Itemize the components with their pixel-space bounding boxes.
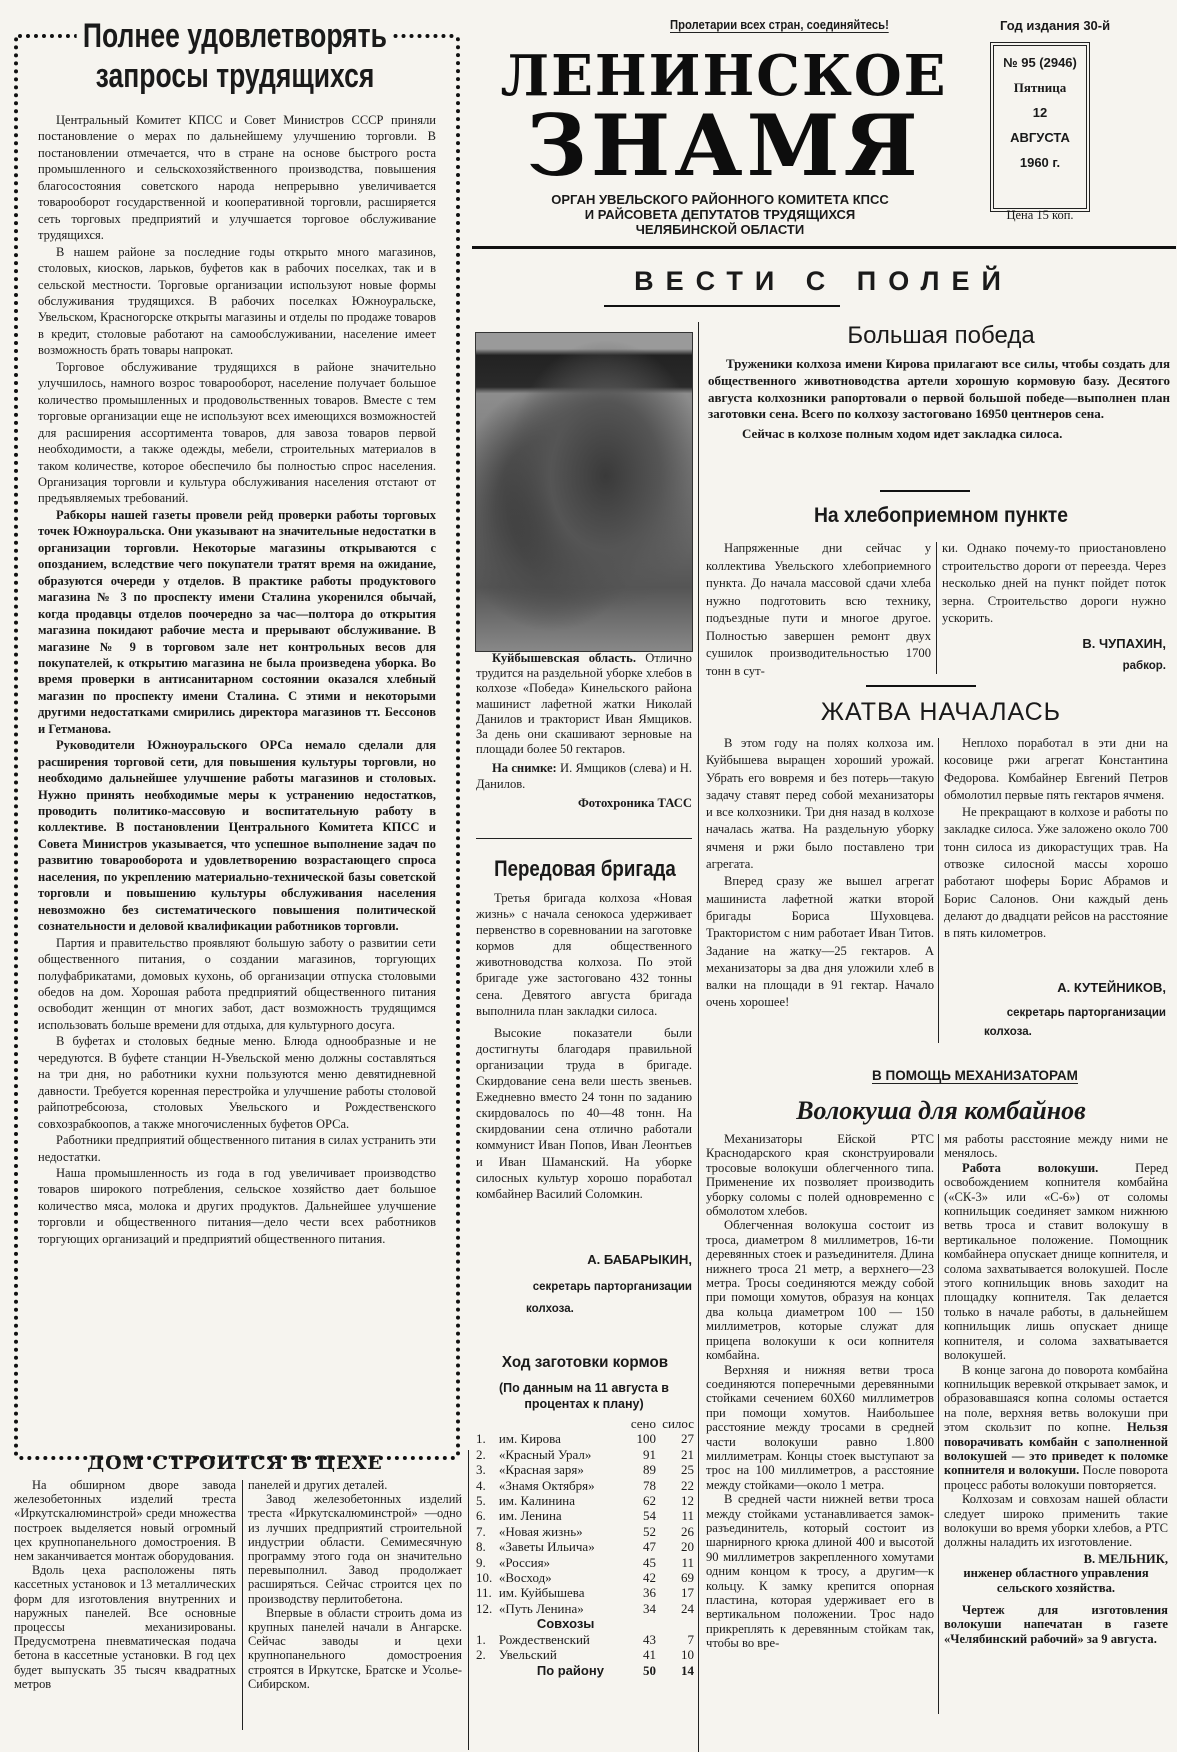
editorial-paragraph: Партия и правительство проявляют большую… [38, 935, 436, 1034]
masthead-rule [472, 246, 1176, 249]
feed-table-header: сено силос [474, 1416, 696, 1431]
harvest-paragraph: Не прекращают в колхозе и работы по закл… [944, 804, 1168, 942]
editorial-paragraph: Работники предприятий общественного пита… [38, 1132, 436, 1165]
editorial-paragraph: Руководители Южноуральского ОРСа немало … [38, 737, 436, 934]
article-divider [866, 685, 976, 687]
col-hay: сено [620, 1416, 658, 1431]
table-row: 12.«Путь Ленина»3424 [474, 1601, 696, 1616]
drag-paragraph: В конце загона до поворота комбайна копн… [944, 1363, 1168, 1493]
column-divider [938, 738, 939, 1043]
victory-paragraph: Труженики колхоза имени Кирова прилагают… [708, 356, 1170, 423]
editorial-body: Центральный Комитет КПСС и Совет Министр… [38, 112, 436, 1247]
harvest-col2: Неплохо поработал в эти дни на косовице … [944, 735, 1168, 943]
issue-price: Цена 15 коп. [990, 208, 1090, 223]
feed-table-title: Ход заготовки кормов [478, 1354, 693, 1372]
masthead-subtitle-line: ОРГАН УВЕЛЬСКОГО РАЙОННОГО КОМИТЕТА КПСС [490, 192, 950, 207]
harvest-paragraph: В этом году на полях колхоза им. Куйбыше… [706, 735, 934, 873]
section-rule [604, 305, 840, 307]
house-paragraph: Вдоль цеха расположены пять кассетных ус… [14, 1563, 236, 1691]
table-row: 11.им. Куйбышева3617 [474, 1585, 696, 1600]
editorial-title-line2: запросы трудящихся [67, 56, 402, 96]
grain-point-title: На хлебоприемном пункте [725, 504, 1157, 528]
table-row: 1.им. Кирова10027 [474, 1431, 696, 1446]
house-paragraph: Завод железобетонных изделий треста «Ирк… [248, 1492, 462, 1606]
drag-rubric: В ПОМОЩЬ МЕХАНИЗАТОРАМ [872, 1068, 1078, 1084]
drag-paragraph: Работа волокуши. Перед освобождением коп… [944, 1161, 1168, 1363]
brigade-paragraph: Высокие показатели были достигнуты благо… [476, 1025, 692, 1202]
house-paragraph: Впервые в области строить дома из крупны… [248, 1606, 462, 1691]
drag-col2: мя работы расстояние между ними не менял… [944, 1132, 1168, 1646]
table-row: 9.«Россия»4511 [474, 1555, 696, 1570]
column-divider [938, 1134, 939, 1714]
table-row: 7.«Новая жизнь»5226 [474, 1524, 696, 1539]
editorial-paragraph: Центральный Комитет КПСС и Совет Министр… [38, 112, 436, 244]
table-row: 8.«Заветы Ильича»4720 [474, 1539, 696, 1554]
drag-paragraph: Механизаторы Ейской РТС Краснодарского к… [706, 1132, 934, 1218]
masthead-subtitle-line: ЧЕЛЯБИНСКОЙ ОБЛАСТИ [490, 222, 950, 237]
issue-box: № 95 (2946) Пятница 12 АВГУСТА 1960 г. [990, 42, 1090, 212]
issue-month: АВГУСТА [994, 125, 1086, 150]
editorial-paragraph: Рабкоры нашей газеты провели рейд провер… [38, 507, 436, 737]
brigade-title: Передовая бригада [489, 856, 681, 882]
house-col1: На обширном дворе завода железобетонных … [14, 1478, 236, 1691]
house-paragraph: панелей и других деталей. [248, 1478, 462, 1492]
col-silage: силос [658, 1416, 696, 1431]
table-row: 4.«Знамя Октября»7822 [474, 1478, 696, 1493]
brigade-author-role: секретарь парторганизации колхоза. [476, 1276, 692, 1320]
issue-year: 1960 г. [994, 150, 1086, 175]
drag-paragraph: В средней части нижней ветви троса между… [706, 1492, 934, 1650]
drag-author-role: инженер областного управления сельского … [944, 1566, 1168, 1595]
table-row: 3.«Красная заря»8925 [474, 1462, 696, 1477]
house-paragraph: На обширном дворе завода железобетонных … [14, 1478, 236, 1563]
grain-point-author-role: рабкор. [942, 660, 1166, 672]
table-row: 5.им. Калинина6212 [474, 1493, 696, 1508]
photo-caption-text: Отлично трудится на раздельной уборке хл… [476, 651, 692, 756]
house-title: ДОМ СТРОИТСЯ В ЦЕХЕ [20, 1452, 450, 1474]
issue-number: № 95 (2946) [994, 50, 1086, 75]
photo-caption-lead: Куйбышевская область. [492, 651, 636, 665]
column-divider [698, 322, 699, 1752]
feed-table-total-row: По району5014 [474, 1663, 696, 1678]
victory-body: Труженики колхоза имени Кирова прилагают… [708, 356, 1170, 443]
drag-paragraph: Колхозам и совхозам нашей области следуе… [944, 1492, 1168, 1550]
drag-author: В. МЕЛЬНИК, [944, 1552, 1168, 1566]
masthead-subtitle: ОРГАН УВЕЛЬСКОГО РАЙОННОГО КОМИТЕТА КПСС… [490, 192, 950, 237]
masthead-subtitle-line: И РАЙСОВЕТА ДЕПУТАТОВ ТРУДЯЩИХСЯ [490, 207, 950, 222]
grain-point-author: В. ЧУПАХИН, [942, 636, 1166, 651]
editorial-paragraph: В буфетах и столовых бедные меню. Блюда … [38, 1033, 436, 1132]
news-photo [475, 332, 693, 652]
photo-caption: Куйбышевская область. Отлично трудится н… [476, 651, 692, 811]
harvest-paragraph: Вперед сразу же вышел агрегат машиниста … [706, 873, 934, 1011]
feed-table: сено силос 1.им. Кирова10027 2.«Красный … [474, 1416, 696, 1678]
table-row: 2.Увельский4110 [474, 1647, 696, 1662]
editorial-paragraph: Наша промышленность из года в год увелич… [38, 1165, 436, 1247]
victory-paragraph: Сейчас в колхозе полным ходом идет закла… [708, 426, 1170, 443]
column-divider [242, 1480, 243, 1730]
star-divider [476, 838, 692, 849]
grain-point-col2: ки. Однако почему-то приостановлено стро… [942, 540, 1166, 628]
harvest-paragraph: Неплохо поработал в эти дни на косовице … [944, 735, 1168, 804]
photo-on-photo-lead: На снимке: [492, 761, 557, 775]
section-title: ВЕСТИ С ПОЛЕЙ [470, 266, 1177, 297]
drag-paragraph: мя работы расстояние между ними не менял… [944, 1132, 1168, 1161]
column-divider [468, 1450, 469, 1750]
harvest-author-role-line: колхоза. [944, 1023, 1166, 1042]
house-col2: панелей и других деталей. Завод железобе… [248, 1478, 462, 1691]
brigade-paragraph: Третья бригада колхоза «Новая жизнь» с н… [476, 890, 692, 1019]
issue-weekday: Пятница [994, 75, 1086, 100]
masthead-slogan: Пролетарии всех стран, соединяйтесь! [670, 18, 889, 33]
harvest-author-role: секретарь парторганизации колхоза. [944, 1004, 1166, 1042]
article-divider [880, 490, 970, 492]
drag-paragraph: Верхняя и нижняя ветви троса соединяются… [706, 1363, 934, 1493]
table-row: 10.«Восход»4269 [474, 1570, 696, 1585]
editorial-paragraph: В нашем районе за последние годы открыто… [38, 244, 436, 359]
drag-subhead: Работа волокуши. [962, 1161, 1098, 1175]
victory-title: Большая победа [706, 322, 1176, 350]
brigade-author-role-line: секретарь парторганизации [476, 1276, 692, 1298]
feed-table-group-header: Совхозы [474, 1616, 696, 1631]
feed-table-subtitle: (По данным на 11 августа в процентах к п… [476, 1380, 692, 1412]
feed-table-grid: сено силос 1.им. Кирова10027 2.«Красный … [474, 1416, 696, 1678]
drag-title: Волокуша для комбайнов [706, 1096, 1176, 1126]
masthead-year: Год издания 30-й [1000, 18, 1110, 33]
brigade-author-role-line: колхоза. [476, 1298, 692, 1320]
masthead-title-line2: ЗНАМЯ [474, 100, 974, 192]
editorial-title-line1: Полнее удовлетворять [77, 16, 394, 56]
harvest-author-role-line: секретарь парторганизации [944, 1004, 1166, 1023]
issue-day: 12 [994, 100, 1086, 125]
table-row: 2.«Красный Урал»9121 [474, 1447, 696, 1462]
table-row: 1.Рождественский437 [474, 1632, 696, 1647]
harvest-author: А. КУТЕЙНИКОВ, [944, 980, 1166, 995]
harvest-title: ЖАТВА НАЧАЛАСЬ [706, 698, 1176, 727]
brigade-author: А. БАБАРЫКИН, [476, 1252, 692, 1267]
drag-paragraph: Облегченная волокуша состоит из троса, д… [706, 1218, 934, 1362]
photo-credit: Фотохроника ТАСС [476, 796, 692, 811]
drag-col1: Механизаторы Ейской РТС Краснодарского к… [706, 1132, 934, 1651]
brigade-body: Третья бригада колхоза «Новая жизнь» с н… [476, 890, 692, 1202]
harvest-col1: В этом году на полях колхоза им. Куйбыше… [706, 735, 934, 1012]
drag-note: Чертеж для изготовления волокуши напечат… [944, 1603, 1168, 1646]
editorial-paragraph: Торговое обслуживание трудящихся в район… [38, 359, 436, 507]
editorial-title: Полнее удовлетворять запросы трудящихся [20, 16, 450, 96]
grain-point-col1: Напряженные дни сейчас у коллектива Увел… [706, 540, 931, 680]
table-row: 6.им. Ленина5411 [474, 1508, 696, 1523]
column-divider [936, 542, 937, 674]
